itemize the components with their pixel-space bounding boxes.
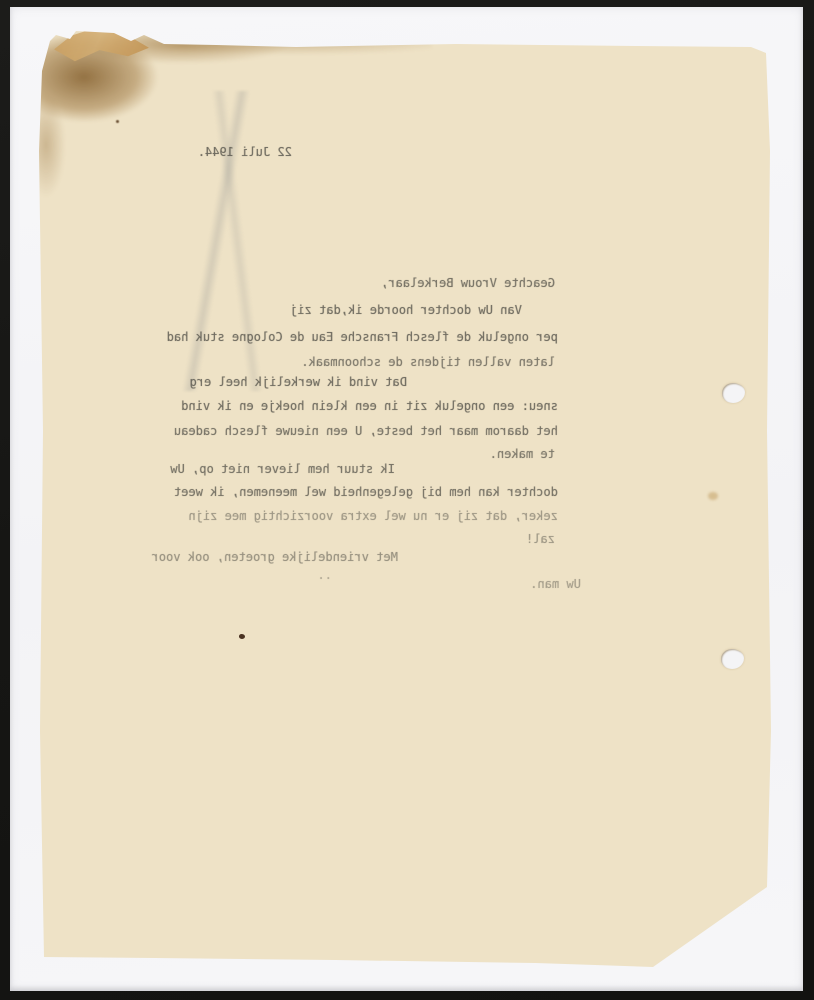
letter-line: dochter kan hem bij gelegenheid wel meen… [174,485,558,500]
letter-line: laten vallen tijdens de schoonmaak. [301,355,555,370]
paper-stain-dot [708,492,718,500]
text-layer: 22 Juli 1944.Geachte Vrouw Berkelaar,Van… [36,31,776,972]
letter-line: te maken. [490,447,555,462]
letter-line: sneu: een ongeluk zit in een klein hoekj… [181,399,558,414]
foxing-dot [116,120,119,123]
ink-speck [239,634,245,639]
letter-line: het daarom maar het beste, U een nieuwe … [174,424,558,439]
letter-line: zal! [526,532,555,547]
letter-page: 22 Juli 1944.Geachte Vrouw Berkelaar,Van… [36,31,776,972]
letter-line: per ongeluk de flesch Fransche Eau de Co… [167,330,558,345]
letter-line: zeker, dat zij er nu wel extra voorzicht… [189,509,558,524]
scanner-background: 22 Juli 1944.Geachte Vrouw Berkelaar,Van… [0,0,814,1000]
letter-line: Met vriendelijke groeten, ook voor [152,550,398,565]
letter-line: 22 Juli 1944. [198,145,292,160]
letter-line: Geachte Vrouw Berkelaar, [381,276,555,291]
photo-mat: 22 Juli 1944.Geachte Vrouw Berkelaar,Van… [10,7,803,991]
letter-line: .. [318,568,333,583]
letter-line: Dat vind ik werkelijk heel erg [190,375,407,390]
letter-line: Uw man. [530,577,581,592]
letter-line: Van Uw dochter hoorde ik,dat zij [290,303,522,318]
letter-line: Ik stuur hem liever niet op, Uw [170,462,395,477]
